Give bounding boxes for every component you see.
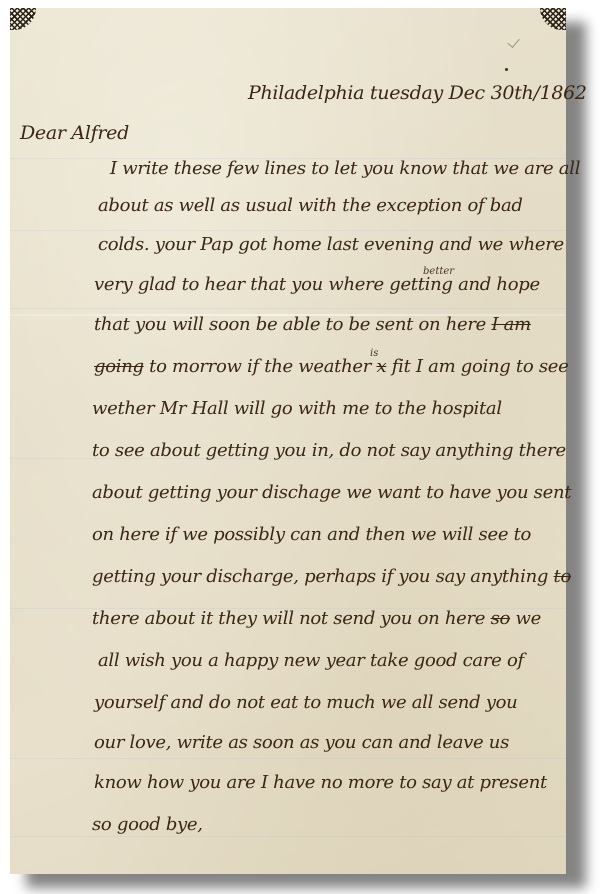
- letter-line-11-text: getting your discharge, perhaps if you s…: [92, 566, 548, 587]
- corner-ornament-icon: [10, 8, 36, 30]
- letter-line-6-suffix: fit I am going to see: [392, 356, 569, 377]
- corner-ornament-icon: [540, 8, 566, 30]
- struck-text: going: [94, 356, 144, 377]
- ruled-line: [10, 758, 566, 759]
- letter-line-9: about getting your dischage we want to h…: [92, 482, 571, 503]
- letter-line-6: going to morrow if the weather x fit I a…: [94, 356, 568, 377]
- letter-line-13: all wish you a happy new year take good …: [98, 650, 524, 671]
- letter-line-12-suffix: we: [516, 608, 541, 629]
- letter-line-11: getting your discharge, perhaps if you s…: [92, 566, 571, 587]
- letter-line-16: know how you are I have no more to say a…: [94, 772, 547, 793]
- letter-line-6-text: to morrow if the weather: [149, 356, 371, 377]
- ruled-line: [10, 836, 566, 837]
- pencil-checkmark-icon: [507, 35, 519, 48]
- letter-line-5-text: that you will soon be able to be sent on…: [94, 314, 486, 335]
- letter-closing: so good bye,: [92, 814, 203, 835]
- letter-line-7: wether Mr Hall will go with me to the ho…: [92, 398, 502, 419]
- letter-line-3: colds. your Pap got home last evening an…: [98, 234, 564, 255]
- letter-line-15: our love, write as soon as you can and l…: [94, 732, 509, 753]
- struck-text: so: [491, 608, 510, 629]
- letter-line-12-text: there about it they will not send you on…: [92, 608, 485, 629]
- letter-dateline: Philadelphia tuesday Dec 30th/1862: [248, 82, 587, 104]
- letter-line-5: that you will soon be able to be sent on…: [94, 314, 531, 335]
- letter-line-2: about as well as usual with the exceptio…: [98, 195, 523, 216]
- struck-text: to: [554, 566, 571, 587]
- letter-line-4: very glad to hear that you where getting…: [94, 274, 540, 295]
- ruled-line: [10, 230, 566, 231]
- letter-line-10: on here if we possibly can and then we w…: [92, 524, 531, 545]
- letter-salutation: Dear Alfred: [20, 122, 129, 144]
- letter-line-12: there about it they will not send you on…: [92, 608, 541, 629]
- ruled-line: [10, 308, 566, 309]
- letter-line-8: to see about getting you in, do not say …: [92, 440, 566, 461]
- ink-dot: [505, 68, 508, 71]
- struck-text: x: [376, 356, 386, 377]
- struck-text: I am: [491, 314, 530, 335]
- letter-line-14: yourself and do not eat to much we all s…: [94, 692, 517, 713]
- letter-page: Philadelphia tuesday Dec 30th/1862 Dear …: [10, 8, 566, 874]
- letter-line-1: I write these few lines to let you know …: [110, 158, 580, 179]
